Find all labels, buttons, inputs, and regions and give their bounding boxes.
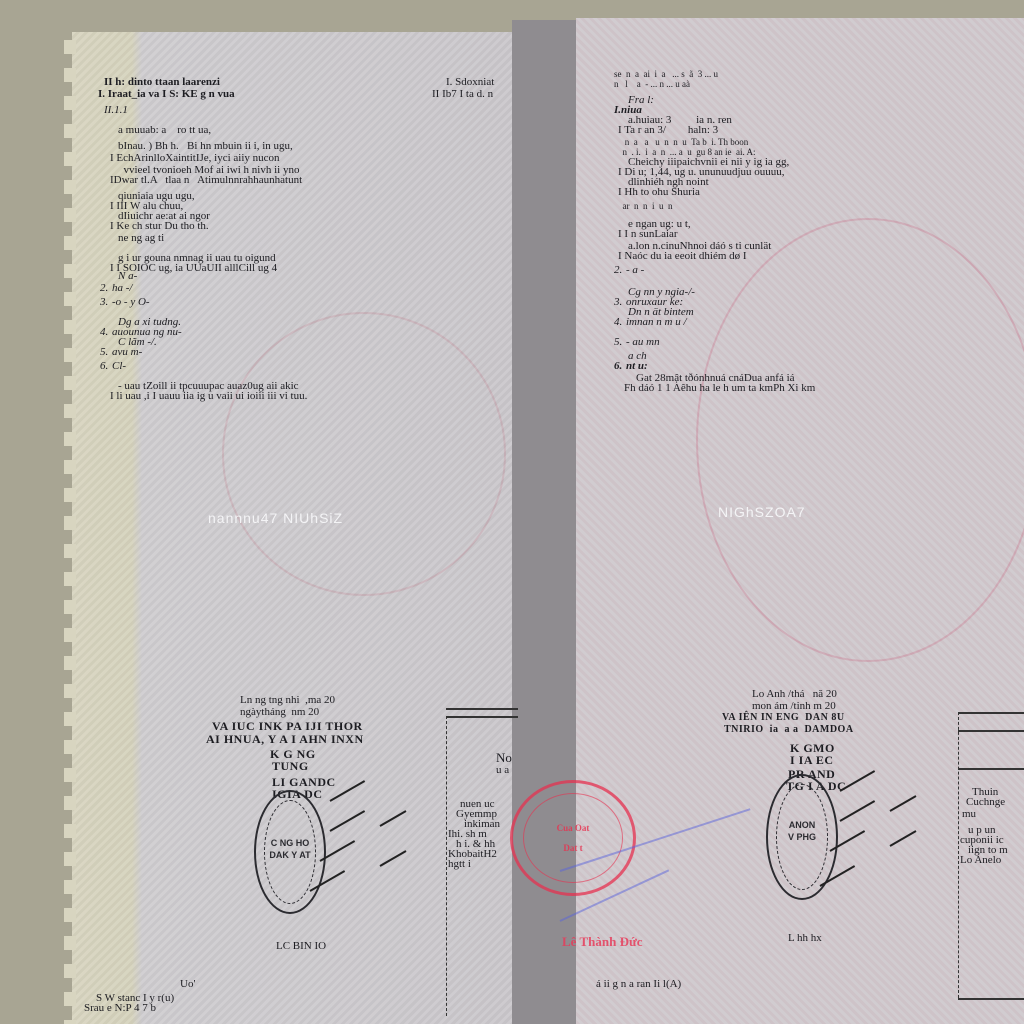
box-label: u a <box>496 764 509 776</box>
left-header-line-2: I. Iraat_ia va I S: KE g n vua <box>98 88 235 100</box>
side-box-line-text: Lo Anelo <box>960 854 1001 866</box>
right-signer-name: L hh hx <box>788 932 822 944</box>
right-line: I Naóc du ia eeoit dhiém dø I <box>618 250 747 262</box>
gutter-overflow-line: II Ib7 I ta d. n <box>432 88 493 100</box>
left-line: bInau. ) Bh h. Bi hn mbuin ii i, in ugu, <box>118 140 293 152</box>
side-box-line <box>958 768 1024 770</box>
left-watermark-text: nannnu47 NIUhSiZ <box>208 510 343 526</box>
right-line: ar n n i u n <box>618 200 673 212</box>
right-sign-date: Lo Anh /thá nă 20 <box>752 688 837 700</box>
right-item-label: - a - <box>626 264 644 276</box>
left-sign-org: VA IUC INK PA IJI THOR <box>212 720 363 732</box>
left-item-num: 3. <box>100 296 108 308</box>
right-line: I Ta r an 3/ haln: 3 <box>618 124 718 136</box>
left-bottom-line: Uo' <box>180 978 195 990</box>
left-sign-title: TUNG <box>272 760 309 772</box>
right-line: I Hh to ohu Shuria <box>618 186 700 198</box>
gutter-overflow-line: I. Sdoxniat <box>446 76 494 88</box>
stamp-text: C NG HO <box>256 838 324 848</box>
left-line: I Ke ch stur Du tho th. <box>110 220 209 232</box>
side-box-left-border <box>958 712 959 998</box>
side-box-line-text: mu <box>962 808 976 820</box>
side-box-top-line <box>958 712 1024 714</box>
left-item-num: 2. <box>100 282 108 294</box>
right-item-label: - au mn <box>626 336 660 348</box>
red-stamp-text: Cua Oat <box>513 823 633 833</box>
left-line: a muuab: a ro tt ua, <box>118 124 211 136</box>
box-body-line: hgtt i <box>448 858 471 870</box>
box-top-line <box>446 716 518 718</box>
left-line: ne ng ag ti <box>118 232 164 244</box>
box-label: No <box>496 752 512 764</box>
left-signer-name: LC BIN IO <box>276 940 326 952</box>
left-sign-date: ngàytháng nm 20 <box>240 706 319 718</box>
left-header-line-1: II h: dinto ttaan laarenzi <box>104 76 220 88</box>
left-binding-holes <box>64 40 76 1024</box>
stamp-text: V PHG <box>768 832 836 842</box>
side-box-line-text: Cuchnge <box>966 796 1005 808</box>
side-box-bottom-line <box>958 998 1024 1000</box>
left-item-label: N a- <box>118 270 137 282</box>
right-sign-title: I IA EC <box>790 754 834 766</box>
left-line: I EchArinlloXaintitIJe, iyci aiiy nucon <box>110 152 280 164</box>
right-sign-date: mon ám /tinh m 20 <box>752 700 836 712</box>
stamp-text: ANON <box>768 820 836 830</box>
left-item-num: 5. <box>100 346 108 358</box>
right-item-num: 4. <box>614 316 622 328</box>
right-item-label: imnan n m u / <box>626 316 687 328</box>
stamp-text: DAK Y AT <box>256 850 324 860</box>
right-footer-line: Fh dáó 1 1 Aêhu ha le h um ta kmPh Xi km <box>624 382 815 394</box>
left-footer-line: I li uau ,i I uauu iia ig u vaii ui ioii… <box>110 390 307 402</box>
left-section-label: II.1.1 <box>104 104 128 116</box>
left-sign-date: Ln ng tng nhi ,ma 20 <box>240 694 335 706</box>
left-item-label: ha -/ <box>112 282 132 294</box>
right-bottom-line: á ii g n a ran Ii l(A) <box>596 978 681 990</box>
box-left-dashed-border <box>446 716 447 1016</box>
right-item-num: 5. <box>614 336 622 348</box>
red-seal-stamp: Cua Oat Dat t <box>510 780 636 896</box>
right-header-line: n l a - ... n ... u aà <box>614 78 690 90</box>
watermark-emblem <box>222 312 506 596</box>
right-item-label: nt u: <box>626 360 648 372</box>
right-item-num: 6. <box>614 360 622 372</box>
right-line: I I n sunLaiar <box>618 228 678 240</box>
left-official-stamp: C NG HO DAK Y AT <box>254 790 326 914</box>
right-sign-org: VA IÊN IN ENG DAN 8U <box>722 712 845 724</box>
left-item-label: -o - y O- <box>112 296 150 308</box>
left-item-label: Cl- <box>112 360 126 372</box>
right-watermark-text: NIGhSZOA7 <box>718 504 806 520</box>
box-top-line <box>446 708 518 710</box>
watermark-emblem <box>696 218 1024 662</box>
right-item-num: 2. <box>614 264 622 276</box>
red-stamp-signer-name: Lê Thành Đức <box>562 934 643 950</box>
right-sign-org: TNIRIO ia a a DAMDOA <box>724 724 854 736</box>
left-item-num: 6. <box>100 360 108 372</box>
right-item-num: 3. <box>614 296 622 308</box>
left-bottom-line: Srau e N:P 4 7 b <box>84 1002 156 1014</box>
side-box-line <box>958 730 1024 732</box>
left-line: IDwar tl.A tlaa n Atimulnnrahhaunhatunt <box>110 174 302 186</box>
left-sign-org: AI HNUA, Y A I AHN INXN <box>206 733 364 745</box>
left-item-label: avu m- <box>112 346 142 358</box>
left-item-num: 4. <box>100 326 108 338</box>
